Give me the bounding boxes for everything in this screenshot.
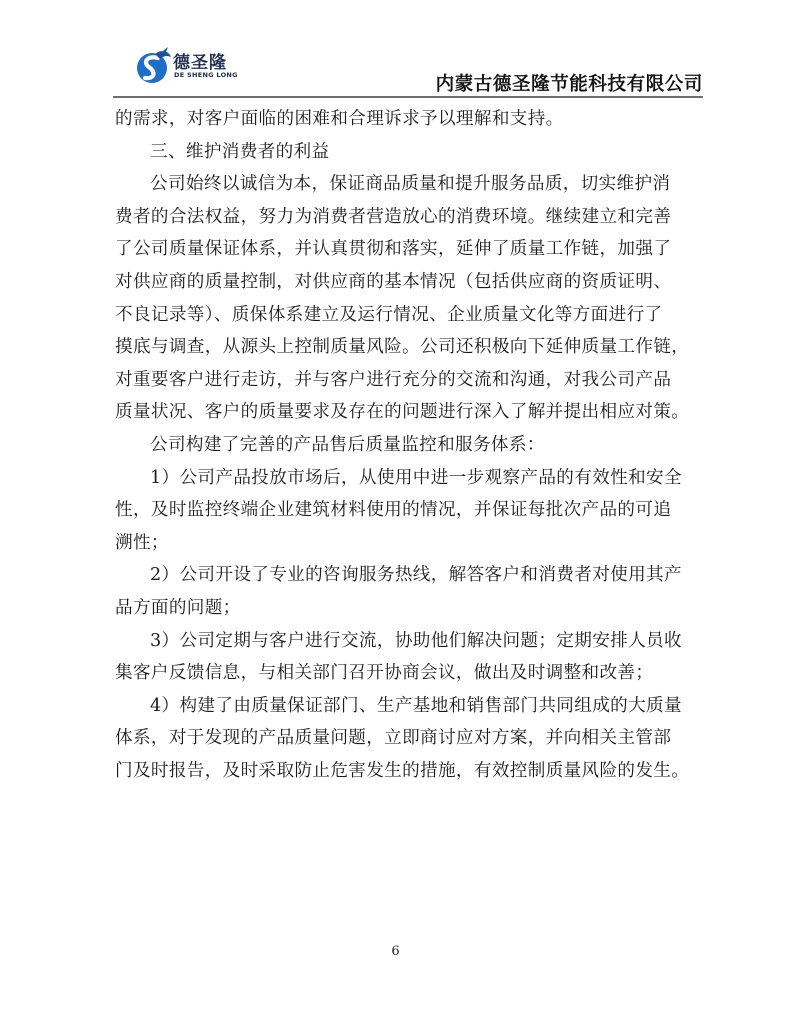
- logo-english-name: DE SHENG LONG: [174, 71, 238, 79]
- text-line: 1）公司产品投放市场后，从使用中进一步观察产品的有效性和安全: [115, 462, 685, 495]
- logo-chinese-name: 德圣隆: [173, 48, 227, 73]
- text-line: 了公司质量保证体系，并认真贯彻和落实，延伸了质量工作链，加强了: [115, 233, 685, 266]
- text-line: 三、维护消费者的利益: [115, 136, 685, 169]
- text-line: 公司构建了完善的产品售后质量监控和服务体系：: [115, 429, 685, 462]
- document-body: 的需求，对客户面临的困难和合理诉求予以理解和支持。三、维护消费者的利益公司始终以…: [115, 103, 685, 787]
- page-number: 6: [0, 944, 791, 959]
- text-line: 体系，对于发现的产品质量问题，立即商讨应对方案，并向相关主管部: [115, 722, 685, 755]
- text-line: 3）公司定期与客户进行交流，协助他们解决问题；定期安排人员收: [115, 625, 685, 658]
- text-line: 对重要客户进行走访，并与客户进行充分的交流和沟通，对我公司产品: [115, 364, 685, 397]
- text-line: 公司始终以诚信为本，保证商品质量和提升服务品质，切实维护消: [115, 168, 685, 201]
- text-line: 门及时报告，及时采取防止危害发生的措施，有效控制质量风险的发生。: [115, 755, 685, 788]
- text-line: 的需求，对客户面临的困难和合理诉求予以理解和支持。: [115, 103, 685, 136]
- text-line: 性，及时监控终端企业建筑材料使用的情况，并保证每批次产品的可追: [115, 494, 685, 527]
- dragon-s-logo-icon: [133, 46, 173, 86]
- page-header: 德圣隆 DE SHENG LONG 内蒙古德圣隆节能科技有限公司: [113, 38, 703, 98]
- company-logo: 德圣隆 DE SHENG LONG: [133, 40, 283, 90]
- text-line: 品方面的问题；: [115, 592, 685, 625]
- text-line: 质量状况、客户的质量要求及存在的问题进行深入了解并提出相应对策。: [115, 396, 685, 429]
- text-line: 摸底与调查，从源头上控制质量风险。公司还积极向下延伸质量工作链，: [115, 331, 685, 364]
- company-name: 内蒙古德圣隆节能科技有限公司: [436, 70, 703, 96]
- text-line: 2）公司开设了专业的咨询服务热线，解答客户和消费者对使用其产: [115, 559, 685, 592]
- text-line: 4）构建了由质量保证部门、生产基地和销售部门共同组成的大质量: [115, 690, 685, 723]
- header-divider: [113, 96, 703, 98]
- text-line: 集客户反馈信息，与相关部门召开协商会议，做出及时调整和改善；: [115, 657, 685, 690]
- text-line: 溯性；: [115, 527, 685, 560]
- text-line: 对供应商的质量控制，对供应商的基本情况（包括供应商的资质证明、: [115, 266, 685, 299]
- text-line: 不良记录等）、质保体系建立及运行情况、企业质量文化等方面进行了: [115, 299, 685, 332]
- text-line: 费者的合法权益，努力为消费者营造放心的消费环境。继续建立和完善: [115, 201, 685, 234]
